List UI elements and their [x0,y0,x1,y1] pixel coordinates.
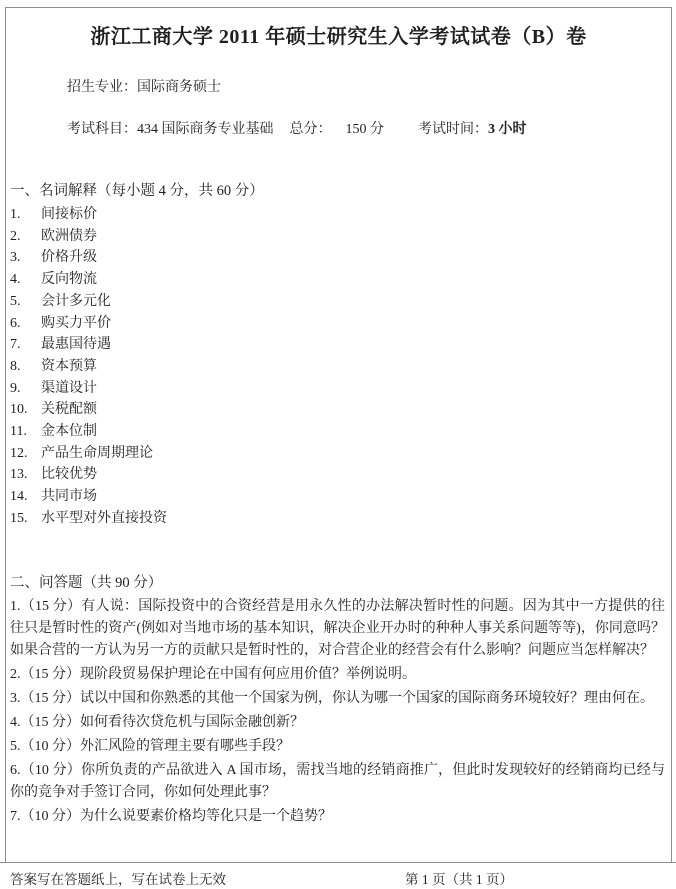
term-item: 6.购买力平价 [10,313,671,335]
term-number: 15. [10,508,41,530]
question-1: 1.（15 分）有人说：国际投资中的合资经营是用永久性的办法解决暂时性的问题。因… [10,596,665,662]
term-item: 4.反向物流 [10,269,671,291]
term-text: 渠道设计 [41,381,97,396]
term-item: 13.比较优势 [10,464,671,486]
term-number: 2. [10,226,41,248]
term-text: 欧洲债券 [41,229,97,244]
term-number: 10. [10,399,41,421]
question-list: 1.（15 分）有人说：国际投资中的合资经营是用永久性的办法解决暂时性的问题。因… [10,596,665,828]
term-text: 水平型对外直接投资 [41,511,167,526]
term-number: 12. [10,443,41,465]
term-item: 15.水平型对外直接投资 [10,508,671,530]
term-item: 9.渠道设计 [10,378,671,400]
term-item: 10.关税配额 [10,399,671,421]
subject-value: 434 国际商务专业基础 [137,122,274,137]
term-text: 金本位制 [41,424,97,439]
total-score-label: 总分： [290,122,332,137]
term-item: 14.共同市场 [10,486,671,508]
term-number: 14. [10,486,41,508]
term-number: 7. [10,334,41,356]
term-text: 资本预算 [41,359,97,374]
term-number: 1. [10,204,41,226]
term-text: 比较优势 [41,467,97,482]
question-5: 5.（10 分）外汇风险的管理主要有哪些手段？ [10,736,665,758]
term-number: 11. [10,421,41,443]
major-value: 国际商务硕士 [137,80,221,95]
term-text: 价格升级 [41,250,97,265]
question-6: 6.（10 分）你所负责的产品欲进入 A 国市场，需找当地的经销商推广，但此时发… [10,760,665,804]
exam-paper-page: { "header": { "title": "浙江工商大学 2011 年硕士研… [0,0,676,889]
exam-time-value: 3 小时 [488,122,527,137]
term-text: 共同市场 [41,489,97,504]
exam-paper-frame: 浙江工商大学 2011 年硕士研究生入学考试试卷（B）卷 招生专业：国际商务硕士… [5,7,672,863]
term-text: 产品生命周期理论 [41,446,153,461]
term-text: 关税配额 [41,402,97,417]
term-number: 4. [10,269,41,291]
page-number: 第 1 页（共 1 页） [405,868,513,888]
question-2: 2.（15 分）现阶段贸易保护理论在中国有何应用价值？举例说明。 [10,664,665,686]
term-item: 1.间接标价 [10,204,671,226]
question-7: 7.（10 分）为什么说要素价格均等化只是一个趋势？ [10,806,665,828]
term-text: 会计多元化 [41,294,111,309]
question-3: 3.（15 分）试以中国和你熟悉的其他一个国家为例，你认为哪一个国家的国际商务环… [10,688,665,710]
term-list: 1.间接标价 2.欧洲债券 3.价格升级 4.反向物流 5.会计多元化 6.购买… [10,204,671,530]
term-item: 7.最惠国待遇 [10,334,671,356]
term-number: 8. [10,356,41,378]
term-item: 2.欧洲债券 [10,226,671,248]
exam-meta-line: 考试科目：434 国际商务专业基础总分：150 分考试时间：3 小时 [67,120,671,139]
term-number: 5. [10,291,41,313]
term-number: 3. [10,247,41,269]
term-item: 5.会计多元化 [10,291,671,313]
exam-title: 浙江工商大学 2011 年硕士研究生入学考试试卷（B）卷 [6,20,671,49]
term-item: 8.资本预算 [10,356,671,378]
exam-time-label: 考试时间： [418,122,488,137]
term-text: 间接标价 [41,207,97,222]
term-text: 最惠国待遇 [41,337,111,352]
term-item: 11.金本位制 [10,421,671,443]
term-text: 购买力平价 [41,316,111,331]
admission-major-line: 招生专业：国际商务硕士 [67,78,671,97]
term-item: 12.产品生命周期理论 [10,443,671,465]
term-text: 反向物流 [41,272,97,287]
footer-note: 答案写在答题纸上，写在试卷上无效 [10,868,226,888]
footer-divider [0,862,676,863]
term-number: 13. [10,464,41,486]
major-label: 招生专业： [67,80,137,95]
section1-heading: 一、名词解释（每小题 4 分，共 60 分） [10,181,671,202]
term-number: 6. [10,313,41,335]
section2-heading: 二、问答题（共 90 分） [10,573,671,594]
term-number: 9. [10,378,41,400]
total-score-value: 150 分 [346,122,385,137]
subject-label: 考试科目： [67,122,137,137]
question-4: 4.（15 分）如何看待次贷危机与国际金融创新？ [10,712,665,734]
term-item: 3.价格升级 [10,247,671,269]
